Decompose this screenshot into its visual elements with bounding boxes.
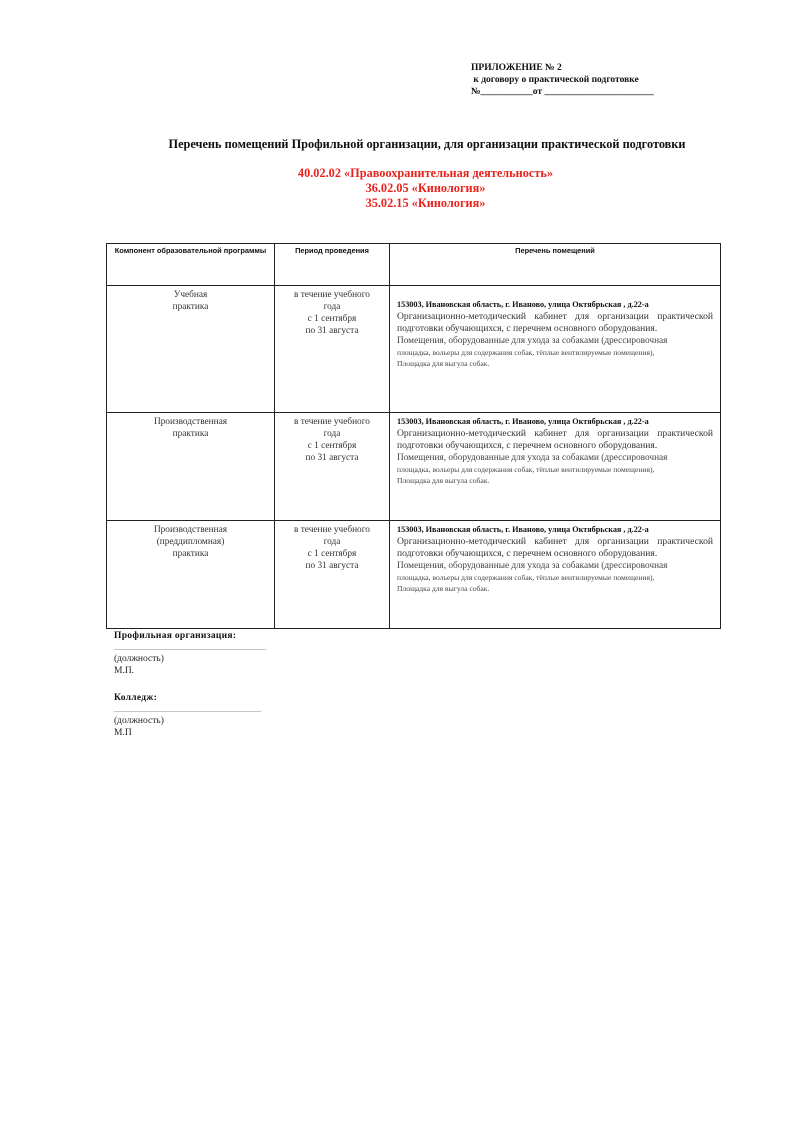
room-description: Площадка для выгула собак.: [397, 583, 713, 594]
room-description: Помещения, оборудованные для ухода за со…: [397, 560, 713, 572]
component-cell: Учебнаяпрактика: [107, 286, 275, 413]
appendix-subtitle: к договору о практической подготовке: [471, 74, 654, 86]
college-signature-block: Колледж: _______________________________…: [114, 692, 261, 739]
program-list: 40.02.02 «Правоохранительная деятельност…: [0, 166, 794, 211]
table-row: Производственнаяпрактика в течение учебн…: [107, 413, 721, 521]
room-description: Помещения, оборудованные для ухода за со…: [397, 335, 713, 347]
program-item: 40.02.02 «Правоохранительная деятельност…: [0, 166, 794, 181]
address: 153003, Ивановская область, г. Иваново, …: [397, 299, 713, 311]
table-row: Учебнаяпрактика в течение учебногогода с…: [107, 286, 721, 413]
org-position-label: (должность): [114, 653, 266, 665]
room-description: площадка, вольеры для содержания собак, …: [397, 572, 713, 583]
rooms-table: Компонент образовательной программы Пери…: [106, 243, 721, 629]
header-component: Компонент образовательной программы: [107, 244, 275, 286]
component-cell: Производственнаяпрактика: [107, 413, 275, 521]
room-description: Площадка для выгула собак.: [397, 475, 713, 486]
address: 153003, Ивановская область, г. Иваново, …: [397, 416, 713, 428]
period-cell: в течение учебногогода с 1 сентябряпо 31…: [275, 521, 390, 629]
room-description: Площадка для выгула собак.: [397, 358, 713, 369]
rooms-cell: 153003, Ивановская область, г. Иваново, …: [390, 413, 721, 521]
org-signature-block: Профильная организация: ________________…: [114, 630, 266, 677]
org-stamp-label: М.П.: [114, 665, 266, 677]
appendix-title: ПРИЛОЖЕНИЕ № 2: [471, 62, 654, 74]
component-cell: Производственная(преддипломная) практика: [107, 521, 275, 629]
rooms-cell: 153003, Ивановская область, г. Иваново, …: [390, 521, 721, 629]
table-row: Производственная(преддипломная) практика…: [107, 521, 721, 629]
header-rooms: Перечень помещений: [390, 244, 721, 286]
contract-number-line: №___________от _______________________: [471, 86, 654, 98]
room-description: Организационно-методический кабинет для …: [397, 428, 713, 452]
header-period: Период проведения: [275, 244, 390, 286]
period-cell: в течение учебногогода с 1 сентябряпо 31…: [275, 413, 390, 521]
org-signature-line: ________________________________: [114, 641, 266, 653]
room-description: площадка, вольеры для содержания собак, …: [397, 464, 713, 475]
room-description: площадка, вольеры для содержания собак, …: [397, 347, 713, 358]
room-description: Помещения, оборудованные для ухода за со…: [397, 452, 713, 464]
room-description: Организационно-методический кабинет для …: [397, 311, 713, 335]
address: 153003, Ивановская область, г. Иваново, …: [397, 524, 713, 536]
period-cell: в течение учебногогода с 1 сентябряпо 31…: [275, 286, 390, 413]
college-signature-line: _______________________________: [114, 703, 261, 715]
college-position-label: (должность): [114, 715, 261, 727]
appendix-header: ПРИЛОЖЕНИЕ № 2 к договору о практической…: [471, 62, 654, 98]
program-item: 35.02.15 «Кинология»: [0, 196, 794, 211]
college-stamp-label: М.П: [114, 727, 261, 739]
document-title: Перечень помещений Профильной организаци…: [0, 137, 794, 152]
program-item: 36.02.05 «Кинология»: [0, 181, 794, 196]
room-description: Организационно-методический кабинет для …: [397, 536, 713, 560]
rooms-cell: 153003, Ивановская область, г. Иваново, …: [390, 286, 721, 413]
table-header-row: Компонент образовательной программы Пери…: [107, 244, 721, 286]
